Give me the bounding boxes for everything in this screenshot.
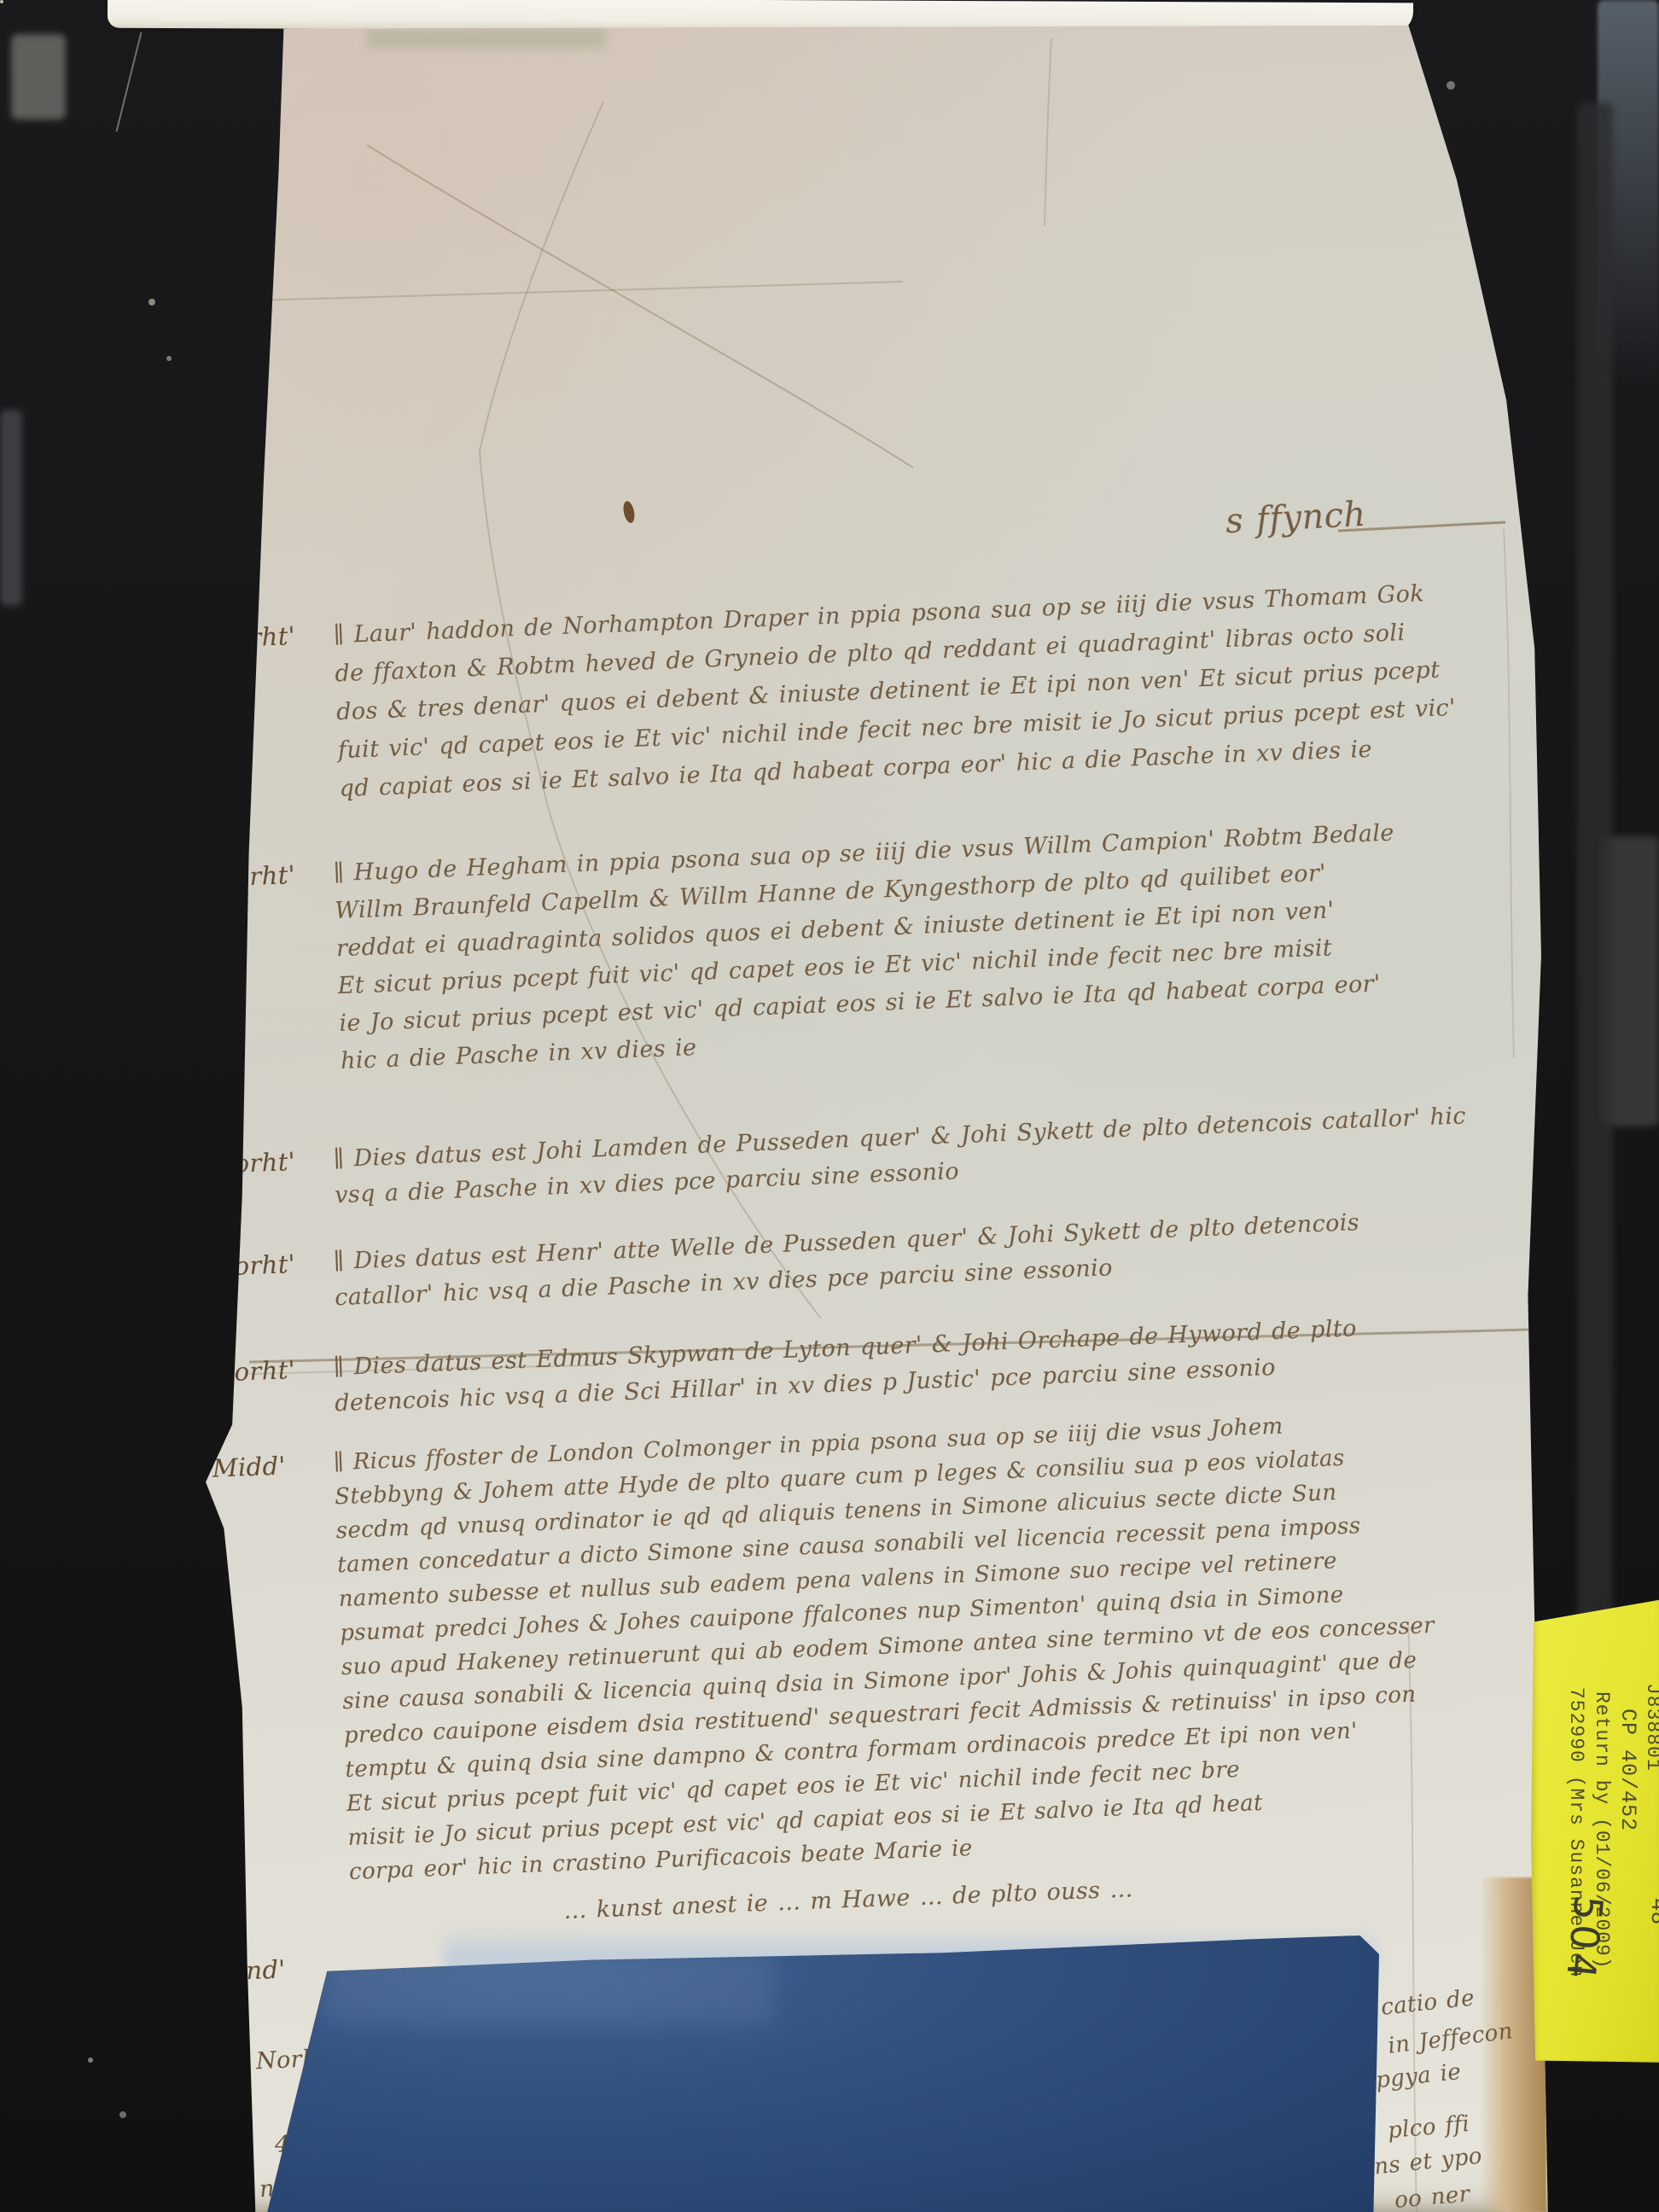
parchment-membrane: s ffynch Norht' ∥ Laur' haddon de Norham… xyxy=(0,0,1659,2212)
entry-text: ∥ Laur' haddon de Norhampton Draper in p… xyxy=(333,570,1551,808)
sticky-edge-number: 48 xyxy=(1645,1898,1659,1924)
stain-smudge xyxy=(367,29,606,48)
sticky-handwritten-number: 504 xyxy=(1557,1893,1612,1985)
sticky-printed-text: J838801 CP 40/452 Return by (01/06/2009)… xyxy=(1563,1606,1659,2067)
plea-entry-4: Norht' ∥ Dies datus est Henr' atte Welle… xyxy=(205,1197,1572,1321)
plea-entry-1: Norht' ∥ Laur' haddon de Norhampton Drap… xyxy=(205,569,1576,813)
dust-fiber xyxy=(116,32,143,132)
text-fragment: catio de xyxy=(1380,1985,1476,2020)
entry-text: ∥ Dies datus est Edmus Skypwan de Lyton … xyxy=(333,1304,1546,1422)
entry-text: ∥ Hugo de Hegham in ppia psona sua op se… xyxy=(333,809,1552,1080)
background-column-right xyxy=(1577,102,1613,1621)
text-fragment: oo ner xyxy=(1394,2181,1471,2212)
plea-entry-2: Norht' ∥ Hugo de Hegham in ppia psona su… xyxy=(205,808,1578,1086)
text-fragment: plco ffi xyxy=(1387,2111,1470,2144)
sticky-reader-line: 752990 (Mrs Susanne Jen xyxy=(1563,1606,1589,2067)
plea-entry-3: Norht' ∥ Dies datus est Johi Lamden de P… xyxy=(205,1095,1572,1219)
background-patch-top-left xyxy=(11,34,66,119)
text-fragment: pgya ie xyxy=(1375,2059,1463,2093)
background-patch-left xyxy=(0,410,22,606)
blue-cover-board xyxy=(256,1929,1382,2212)
clerk-heading-annotation: s ffynch xyxy=(1225,495,1367,542)
text-fragment: ns et ypo xyxy=(1373,2143,1483,2180)
county-margin-label: Norht' xyxy=(212,1353,332,1387)
entry-text: ∥ Dies datus est Henr' atte Welle de Pus… xyxy=(333,1198,1546,1316)
sticky-printed-line: J838801 xyxy=(1640,1606,1659,2067)
county-margin-label: Norht' xyxy=(212,620,332,653)
county-margin-label: Norht' xyxy=(212,1145,332,1179)
sticky-return-date: Return by (01/06/2009) xyxy=(1589,1606,1615,2067)
plea-entry-6: Midd' ∥ Ricus ffoster de London Colmonge… xyxy=(205,1399,1586,1895)
entry-text: ∥ Dies datus est Johi Lamden de Pusseden… xyxy=(333,1096,1546,1214)
sticky-reference-number: CP 40/452 xyxy=(1615,1606,1640,2067)
dust-specks xyxy=(0,0,3,3)
county-margin-label: Norht' xyxy=(212,1248,332,1281)
county-margin-label: Norht' xyxy=(212,859,332,892)
manuscript-photo: s ffynch Norht' ∥ Laur' haddon de Norham… xyxy=(0,0,1659,2212)
county-margin-label: Lond' xyxy=(213,1953,334,1986)
entry-text: ∥ Ricus ffoster de London Colmonger in p… xyxy=(333,1400,1561,1889)
county-margin-label: Midd' xyxy=(212,1449,332,1482)
archival-sticky-note: J838801 CP 40/452 Return by (01/06/2009)… xyxy=(1531,1598,1659,2065)
